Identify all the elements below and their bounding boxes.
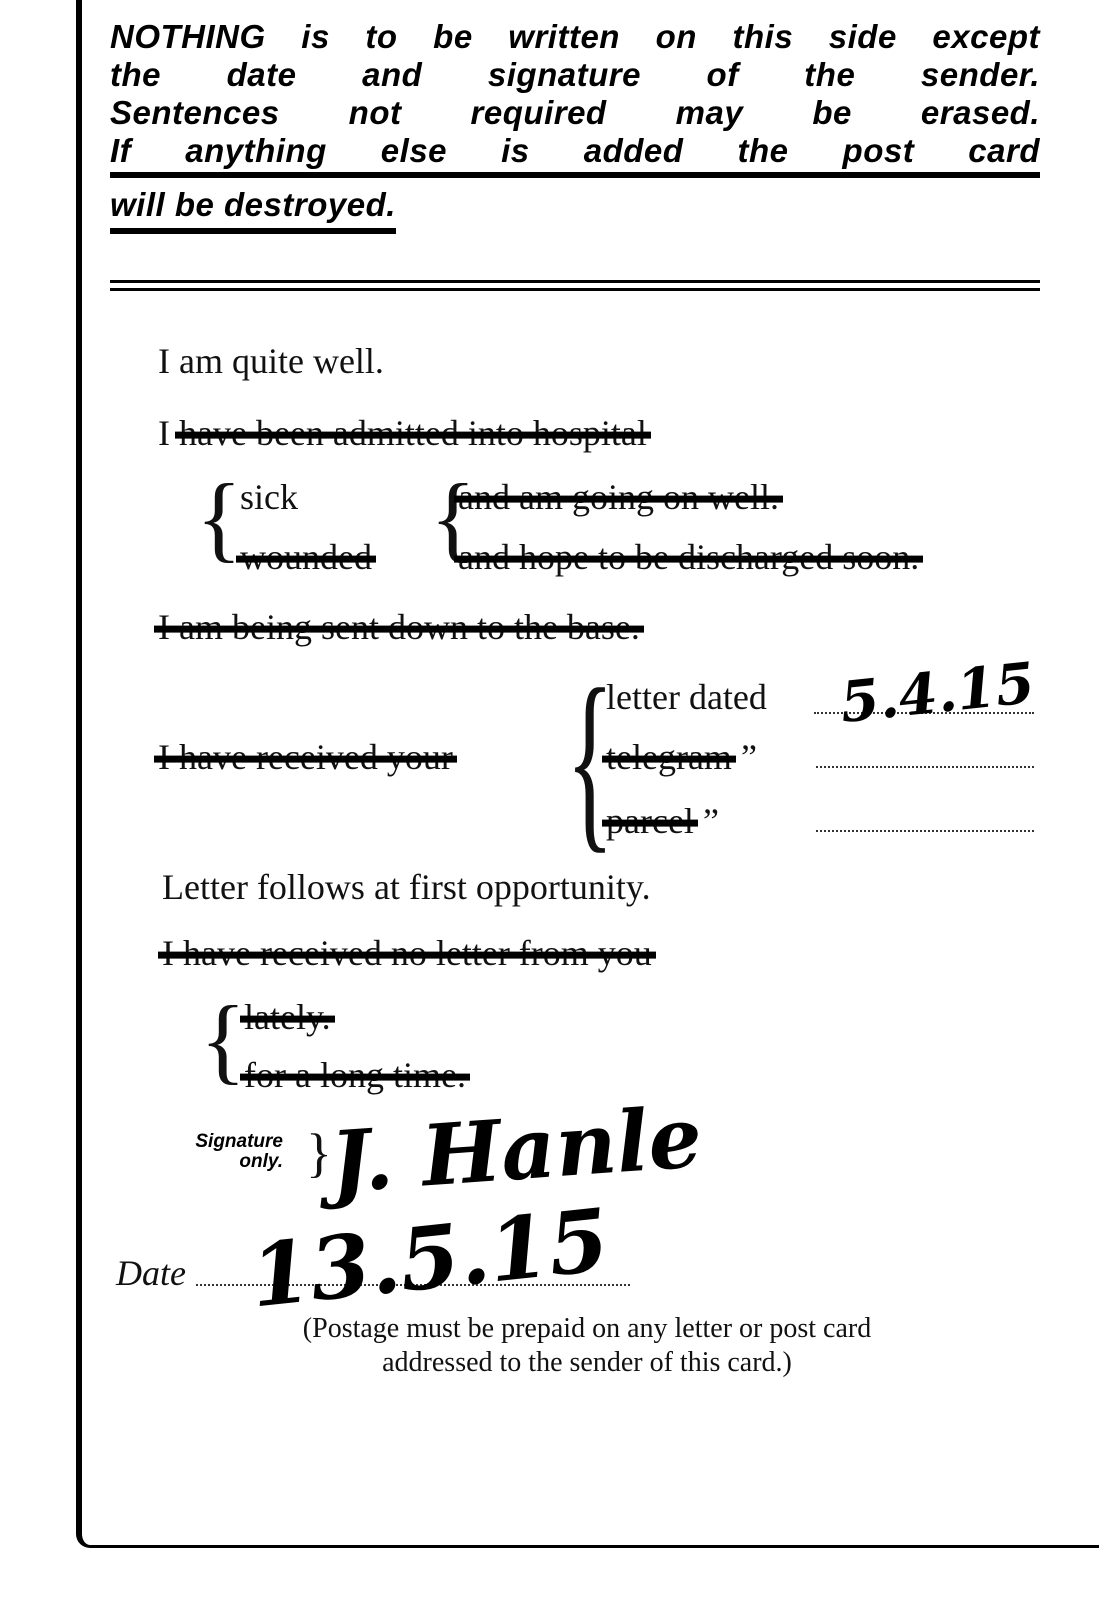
warning-rule xyxy=(110,172,1040,178)
ditto-mark-2: ” xyxy=(703,801,719,841)
parcel-date-line xyxy=(816,830,1034,832)
base-struck: I am being sent down to the base. xyxy=(158,607,640,647)
postage-notice: (Postage must be prepaid on any letter o… xyxy=(152,1312,1022,1380)
warning-line-3: Sentences not required may be erased. xyxy=(110,94,1040,132)
option-letter-dated: letter dated xyxy=(606,676,767,718)
divider-rule-2 xyxy=(110,288,1040,294)
brace-left: { xyxy=(196,470,242,566)
statement-base: I am being sent down to the base. xyxy=(158,606,640,648)
warning-notice: NOTHING is to be written on this side ex… xyxy=(110,18,1040,234)
date-label: Date xyxy=(116,1252,186,1294)
option-sick: sick xyxy=(240,476,298,518)
no-letter-struck: I have received no letter from you xyxy=(162,933,652,973)
parcel-struck: parcel xyxy=(606,801,694,841)
warning-line-4: If anything else is added the post card xyxy=(110,132,1040,170)
discharged-struck: and hope to be discharged soon. xyxy=(458,537,919,577)
option-discharged: and hope to be discharged soon. xyxy=(458,536,919,578)
statement-quite-well: I am quite well. xyxy=(158,340,384,382)
received-struck: I have received your xyxy=(158,737,453,777)
divider-rule xyxy=(110,280,1040,286)
lately-struck: lately. xyxy=(244,997,331,1037)
hospital-prefix: I xyxy=(158,413,170,453)
signature-label: Signature only. xyxy=(118,1132,283,1172)
option-long-time: for a long time. xyxy=(244,1054,466,1096)
going-on-well-struck: and am going on well. xyxy=(458,477,779,517)
signature-label-line-1: Signature xyxy=(118,1132,283,1152)
option-wounded: wounded xyxy=(240,536,372,578)
hospital-text-struck: have been admitted into hospital xyxy=(179,413,647,453)
telegram-struck: telegram xyxy=(606,737,732,777)
option-going-on-well: and am going on well. xyxy=(458,476,779,518)
option-telegram: telegram ” xyxy=(606,736,757,778)
warning-line-1: NOTHING is to be written on this side ex… xyxy=(110,18,1040,56)
option-lately: lately. xyxy=(244,996,331,1038)
statement-hospital: I have been admitted into hospital xyxy=(158,412,647,454)
wounded-struck: wounded xyxy=(240,537,372,577)
warning-line-5: will be destroyed. xyxy=(110,186,396,234)
telegram-date-line xyxy=(816,766,1034,768)
long-time-struck: for a long time. xyxy=(244,1055,466,1095)
signature-label-line-2: only. xyxy=(118,1152,283,1172)
statement-received: I have received your xyxy=(158,736,453,778)
option-parcel: parcel ” xyxy=(606,800,719,842)
statement-letter-follows: Letter follows at first opportunity. xyxy=(162,866,651,908)
ditto-mark-1: ” xyxy=(741,737,757,777)
warning-line-2: the date and signature of the sender. xyxy=(110,56,1040,94)
statement-no-letter: I have received no letter from you xyxy=(162,932,652,974)
postage-notice-line-2: addressed to the sender of this card.) xyxy=(152,1346,1022,1380)
postage-notice-line-1: (Postage must be prepaid on any letter o… xyxy=(152,1312,1022,1346)
